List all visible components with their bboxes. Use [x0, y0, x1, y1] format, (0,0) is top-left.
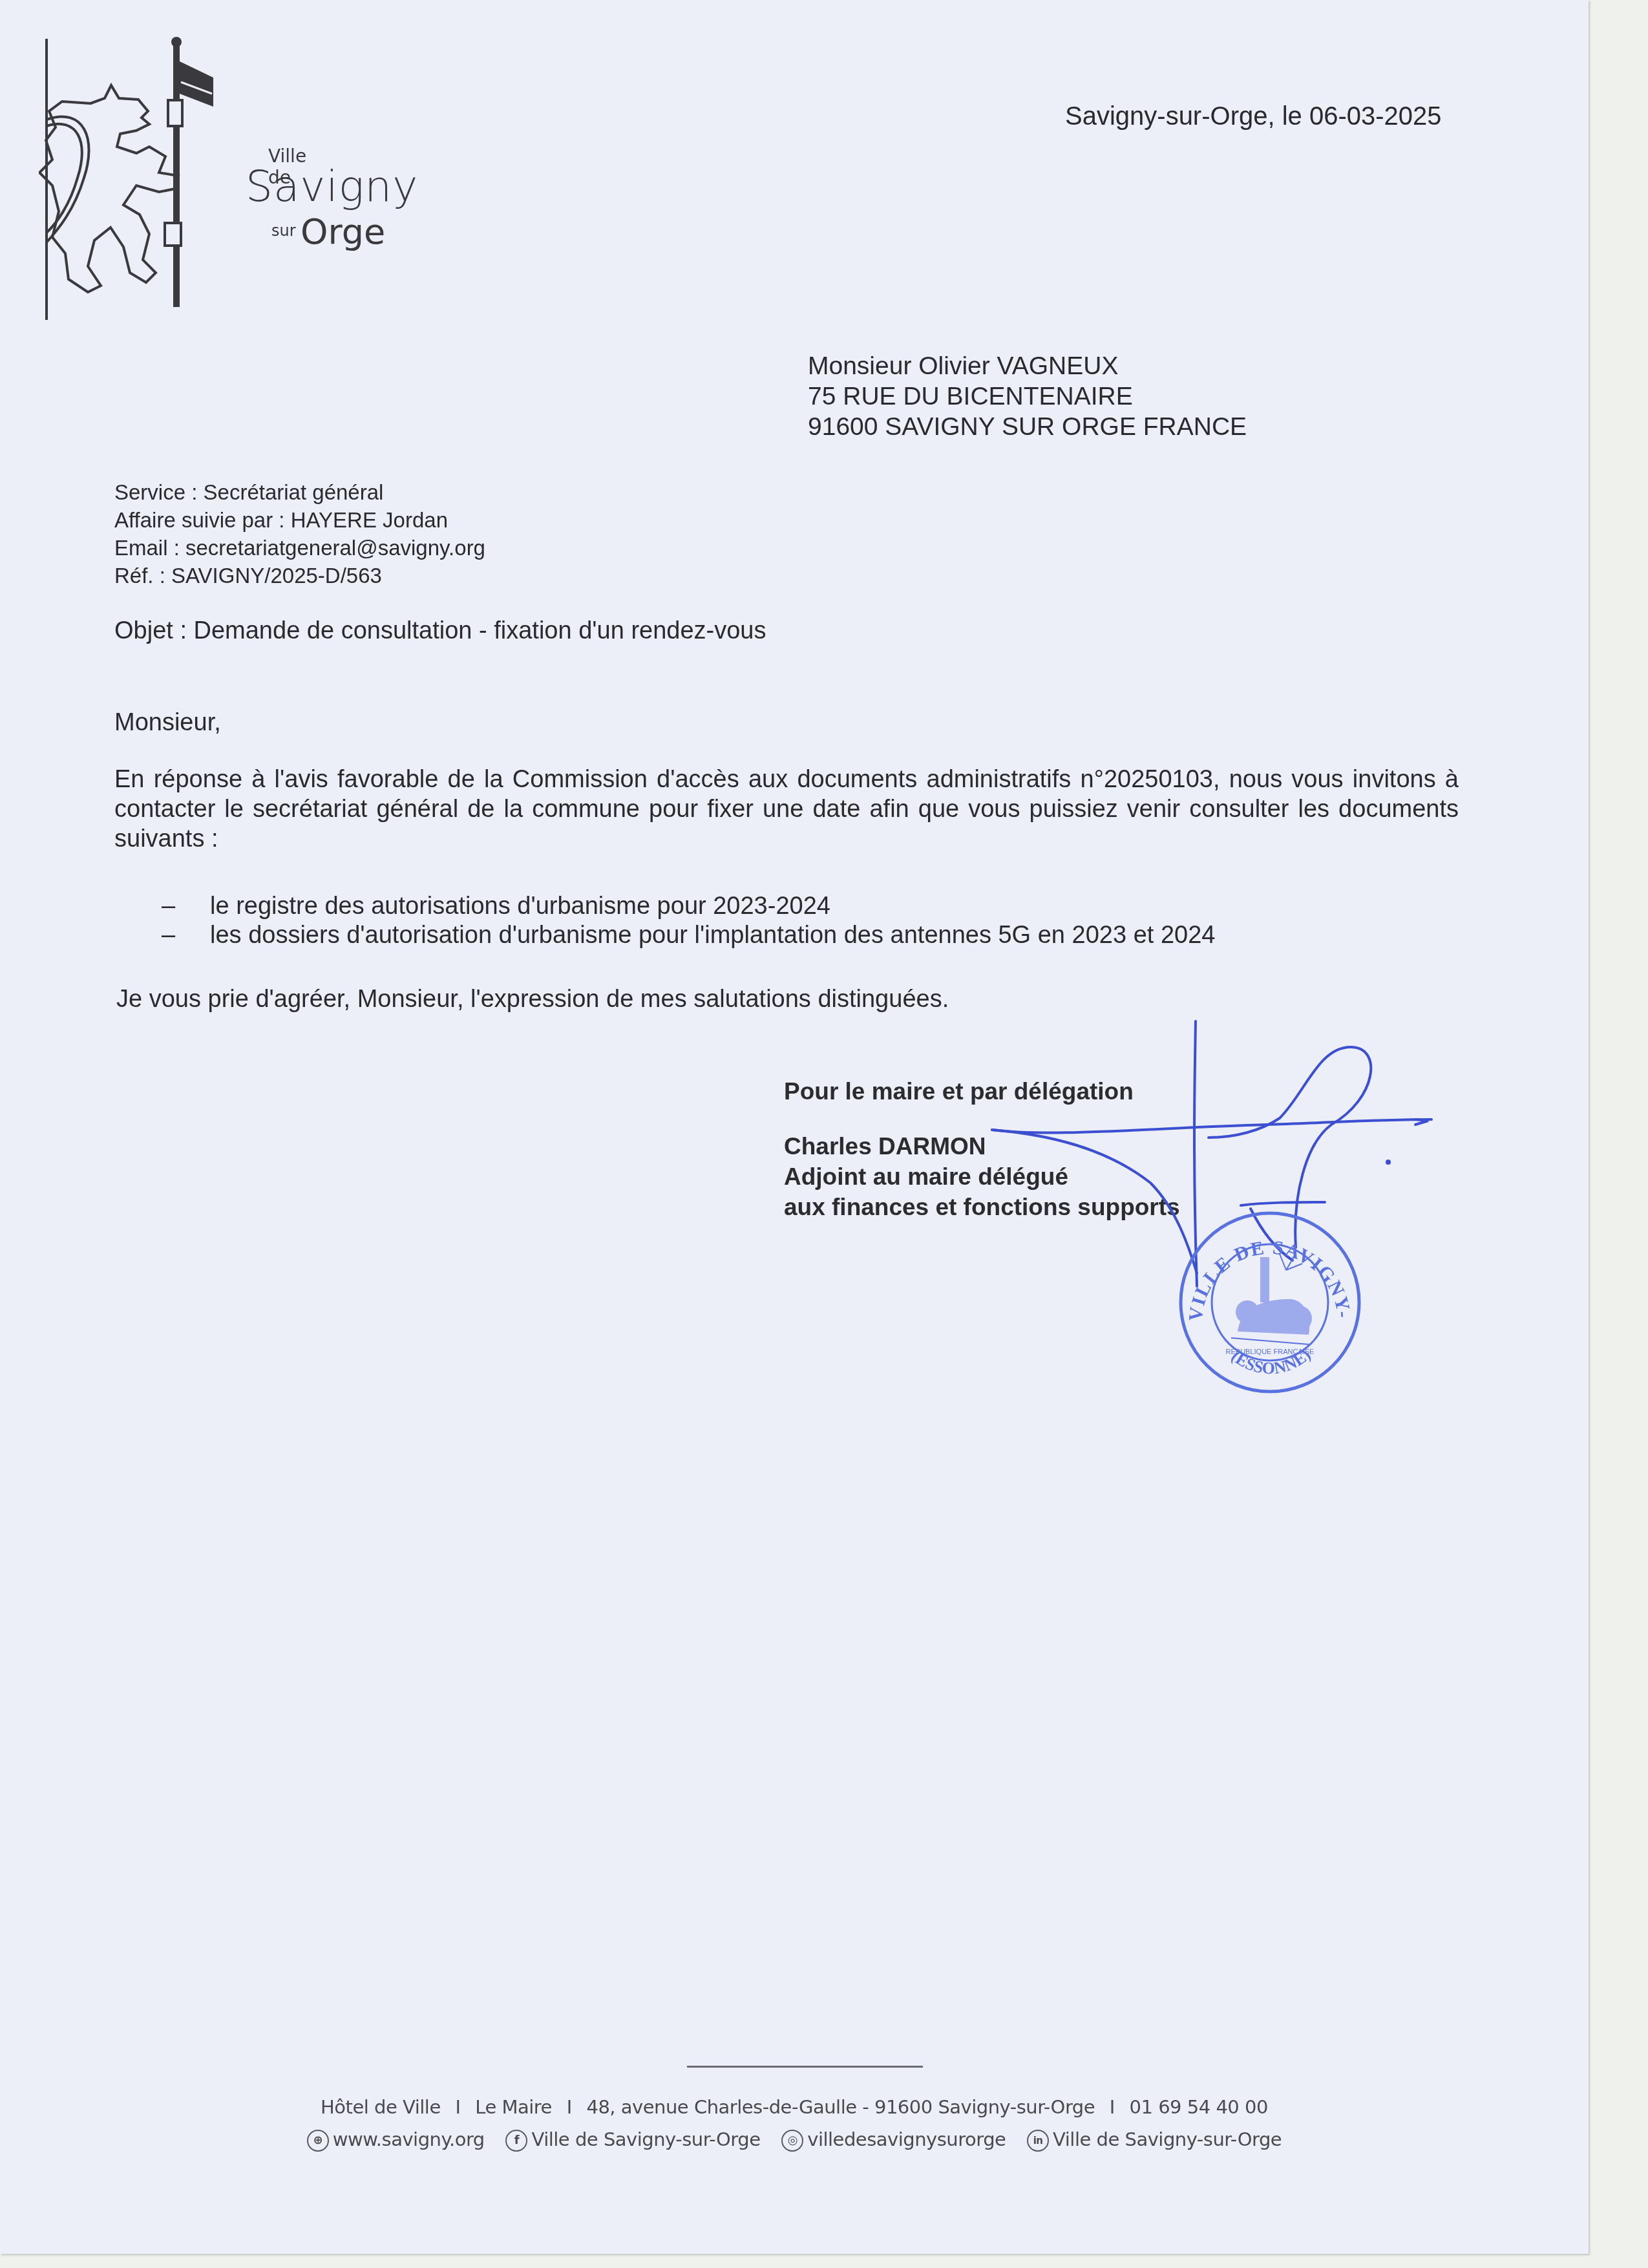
list-marker: –: [162, 921, 175, 950]
letter-meta: Service : Secrétariat général Affaire su…: [114, 478, 485, 589]
letter-subject: Objet : Demande de consultation - fixati…: [114, 617, 766, 645]
lion-holding-banner-icon: [39, 36, 246, 333]
salutation: Monsieur,: [114, 709, 221, 737]
closing-formula: Je vous prie d'agréer, Monsieur, l'expre…: [116, 986, 949, 1013]
recipient-address: Monsieur Olivier VAGNEUX 75 RUE DU BICEN…: [808, 351, 1247, 442]
footer-divider: [687, 2066, 923, 2068]
footer-link-linkedin[interactable]: inVille de Savigny-sur-Orge: [1027, 2128, 1282, 2150]
recipient-city: 91600 SAVIGNY SUR ORGE FRANCE: [808, 412, 1247, 442]
list-item-text: le registre des autorisations d'urbanism…: [210, 893, 830, 920]
reference-line: Réf. : SAVIGNY/2025-D/563: [114, 562, 485, 589]
handled-by-line: Affaire suivie par : HAYERE Jordan: [114, 506, 485, 534]
service-line: Service : Secrétariat général: [114, 478, 485, 506]
body-paragraph: En réponse à l'avis favorable de la Comm…: [114, 765, 1459, 854]
footer-le-maire: Le Maire: [475, 2096, 552, 2118]
footer-street-address: 48, avenue Charles-de-Gaulle - 91600 Sav…: [586, 2096, 1095, 2118]
footer-separator: I: [456, 2096, 461, 2118]
footer-link-facebook[interactable]: fVille de Savigny-sur-Orge: [505, 2128, 766, 2150]
letter-page: Ville de Savigny sur Orge Savigny-sur-Or…: [0, 0, 1589, 2254]
place-and-date: Savigny-sur-Orge, le 06-03-2025: [1065, 102, 1442, 131]
facebook-icon: f: [505, 2130, 527, 2152]
recipient-name: Monsieur Olivier VAGNEUX: [808, 351, 1247, 381]
footer-separator: I: [567, 2096, 572, 2118]
footer-address: Hôtel de Ville I Le Maire I 48, avenue C…: [0, 2096, 1589, 2118]
list-item-text: les dossiers d'autorisation d'urbanisme …: [210, 922, 1215, 949]
footer-link-website[interactable]: ⊕www.savigny.org: [307, 2128, 491, 2150]
city-logo: Ville de Savigny sur Orge: [39, 36, 375, 333]
instagram-icon: ◎: [781, 2130, 803, 2152]
stamp-inner-text: REPUBLIQUE FRANCAISE: [1226, 1348, 1315, 1356]
documents-list: – le registre des autorisations d'urbani…: [162, 892, 1215, 950]
footer-hotel-de-ville: Hôtel de Ville: [321, 2096, 441, 2118]
footer-separator: I: [1110, 2096, 1115, 2118]
email-line: Email : secretariatgeneral@savigny.org: [114, 534, 485, 562]
recipient-street: 75 RUE DU BICENTENAIRE: [808, 381, 1247, 412]
list-marker: –: [162, 892, 175, 921]
linkedin-icon: in: [1027, 2130, 1049, 2152]
footer-link-instagram[interactable]: ◎villedesavignysurorge: [781, 2128, 1011, 2150]
footer-phone: 01 69 54 40 00: [1130, 2096, 1268, 2118]
logo-savigny: Savigny: [246, 162, 418, 211]
list-item: – le registre des autorisations d'urbani…: [162, 892, 1215, 921]
list-item: – les dossiers d'autorisation d'urbanism…: [162, 921, 1215, 950]
globe-icon: ⊕: [307, 2130, 329, 2152]
logo-orge: Orge: [301, 211, 385, 252]
logo-sur: sur: [271, 222, 296, 240]
official-stamp-icon: VILLE DE SAVIGNY-sur-ORGE (ESSONNE) REPU…: [1176, 1209, 1364, 1396]
footer-links: ⊕www.savigny.org fVille de Savigny-sur-O…: [0, 2128, 1589, 2152]
